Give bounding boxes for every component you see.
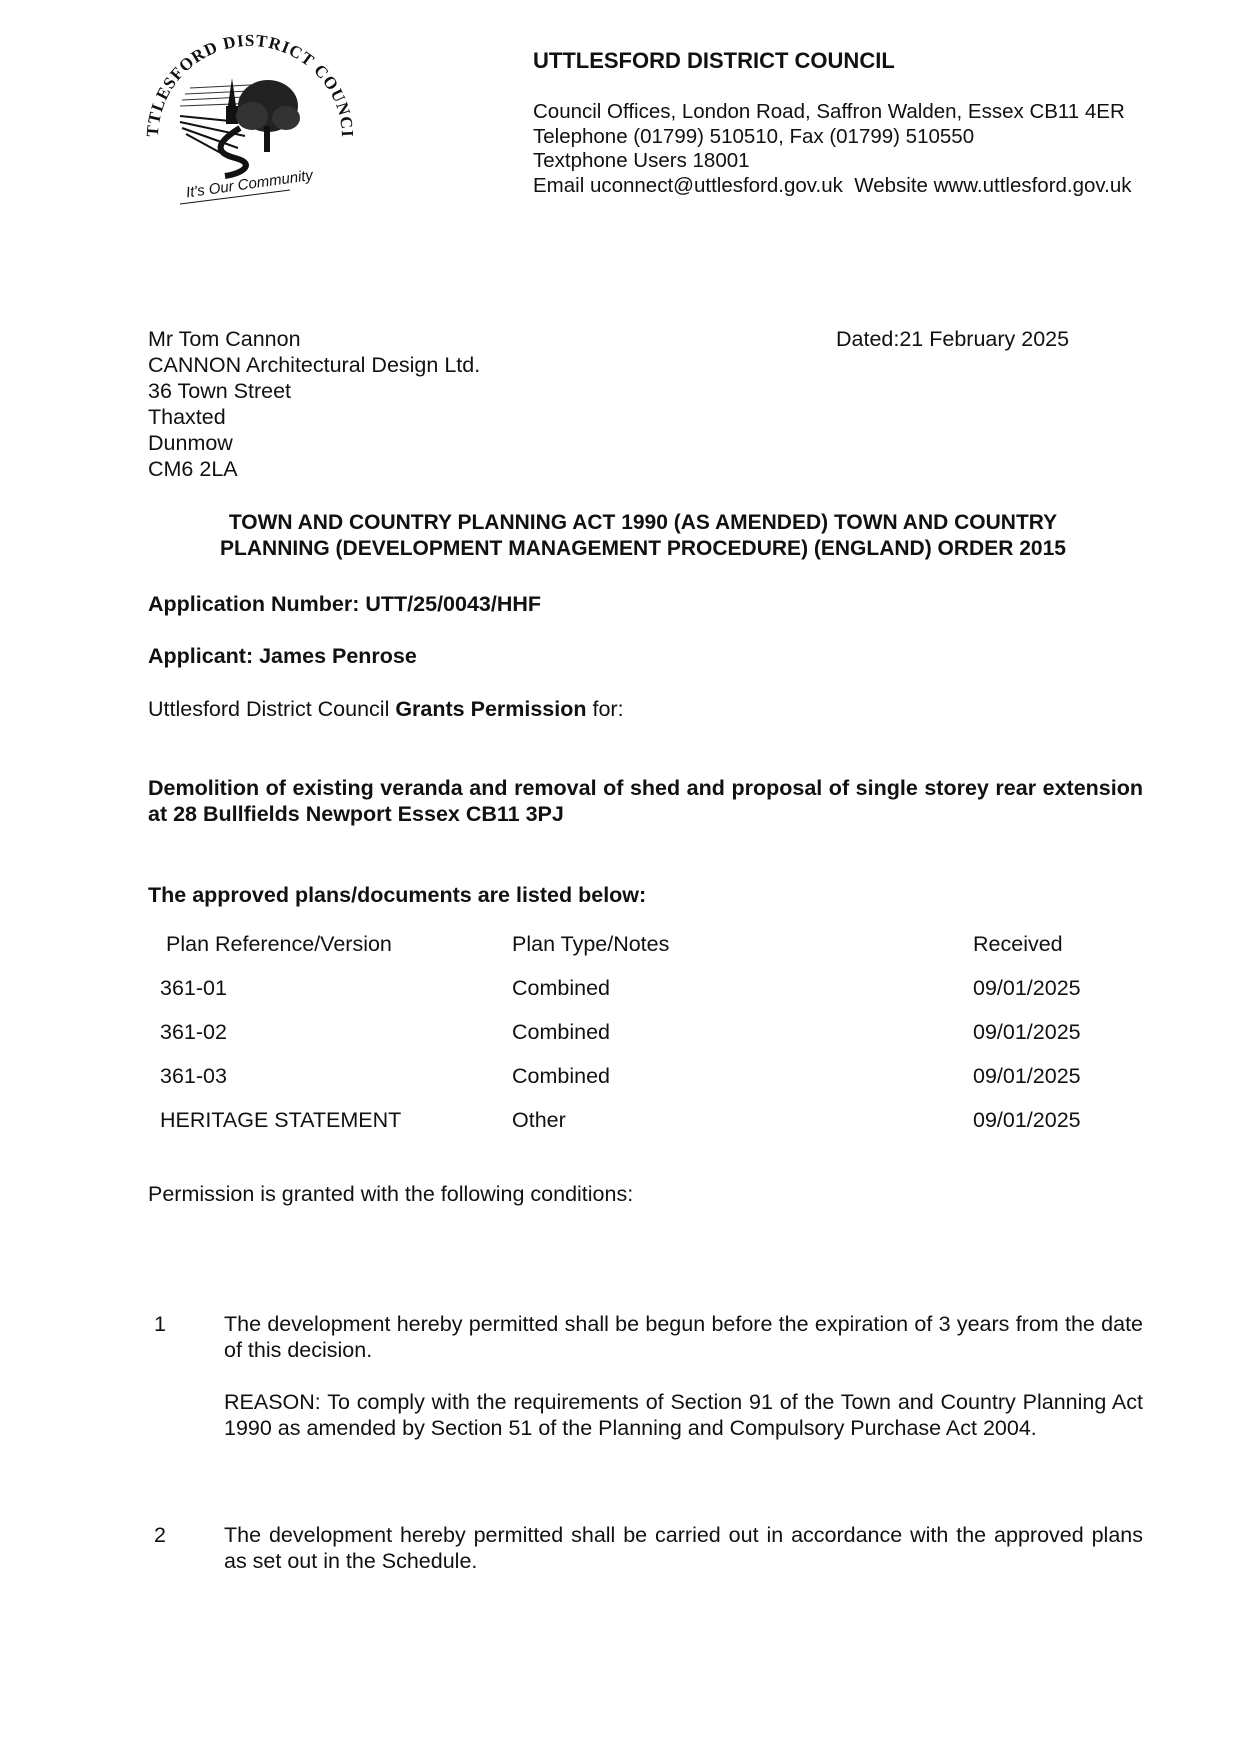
grants-permission-line: Uttlesford District Council Grants Permi… (148, 696, 624, 722)
recipient-name: Mr Tom Cannon (148, 326, 480, 352)
plan-reference: 361-01 (160, 975, 227, 1001)
plan-type: Combined (512, 975, 610, 1001)
column-header-plan-type: Plan Type/Notes (512, 931, 669, 957)
council-logo-icon: UTTLESFORD DISTRICT COUNCIL It's Our Com… (140, 18, 358, 213)
column-header-plan-reference: Plan Reference/Version (166, 931, 392, 957)
table-row: 361-01 Combined 09/01/2025 (148, 975, 1148, 1019)
grants-suffix: for: (587, 697, 624, 721)
council-name: UTTLESFORD DISTRICT COUNCIL (533, 48, 895, 74)
condition-text: The development hereby permitted shall b… (224, 1522, 1143, 1574)
approved-plans-heading: The approved plans/documents are listed … (148, 882, 646, 908)
applicant-name: Applicant: James Penrose (148, 643, 417, 669)
council-telephone: Telephone (01799) 510510, Fax (01799) 51… (533, 125, 1132, 150)
recipient-town: Thaxted (148, 404, 480, 430)
condition-number: 2 (154, 1522, 166, 1548)
table-row: 361-02 Combined 09/01/2025 (148, 1019, 1148, 1063)
plan-type: Other (512, 1107, 566, 1133)
condition-number: 1 (154, 1311, 166, 1337)
recipient-address: Mr Tom Cannon CANNON Architectural Desig… (148, 326, 480, 482)
plan-received-date: 09/01/2025 (973, 1063, 1081, 1089)
act-heading-line-1: TOWN AND COUNTRY PLANNING ACT 1990 (AS A… (148, 510, 1138, 536)
council-logo: UTTLESFORD DISTRICT COUNCIL It's Our Com… (140, 18, 358, 213)
act-heading: TOWN AND COUNTRY PLANNING ACT 1990 (AS A… (148, 510, 1138, 562)
proposal-description: Demolition of existing veranda and remov… (148, 775, 1143, 827)
table-row: 361-03 Combined 09/01/2025 (148, 1063, 1148, 1107)
recipient-postcode: CM6 2LA (148, 456, 480, 482)
table-header-row: Plan Reference/Version Plan Type/Notes R… (148, 931, 1148, 975)
plan-reference: HERITAGE STATEMENT (160, 1107, 401, 1133)
condition-reason: REASON: To comply with the requirements … (224, 1389, 1143, 1441)
council-email-website: Email uconnect@uttlesford.gov.uk Website… (533, 174, 1132, 199)
council-textphone: Textphone Users 18001 (533, 149, 1132, 174)
act-heading-line-2: PLANNING (DEVELOPMENT MANAGEMENT PROCEDU… (148, 536, 1138, 562)
table-row: HERITAGE STATEMENT Other 09/01/2025 (148, 1107, 1148, 1151)
plan-reference: 361-02 (160, 1019, 227, 1045)
council-address: Council Offices, London Road, Saffron Wa… (533, 100, 1132, 125)
letter-date: Dated:21 February 2025 (836, 326, 1069, 352)
recipient-street: 36 Town Street (148, 378, 480, 404)
column-header-received: Received (973, 931, 1063, 957)
grants-permission-text: Grants Permission (395, 697, 586, 721)
condition-text: The development hereby permitted shall b… (224, 1311, 1143, 1363)
plan-type: Combined (512, 1019, 610, 1045)
recipient-company: CANNON Architectural Design Ltd. (148, 352, 480, 378)
grants-prefix: Uttlesford District Council (148, 697, 395, 721)
plan-received-date: 09/01/2025 (973, 975, 1081, 1001)
plan-received-date: 09/01/2025 (973, 1107, 1081, 1133)
recipient-district: Dunmow (148, 430, 480, 456)
conditions-intro: Permission is granted with the following… (148, 1181, 633, 1207)
logo-tagline: It's Our Community (185, 167, 315, 202)
plan-reference: 361-03 (160, 1063, 227, 1089)
plan-type: Combined (512, 1063, 610, 1089)
council-contact-block: Council Offices, London Road, Saffron Wa… (533, 100, 1132, 198)
application-number: Application Number: UTT/25/0043/HHF (148, 591, 541, 617)
approved-plans-table: Plan Reference/Version Plan Type/Notes R… (148, 931, 1148, 1151)
plan-received-date: 09/01/2025 (973, 1019, 1081, 1045)
